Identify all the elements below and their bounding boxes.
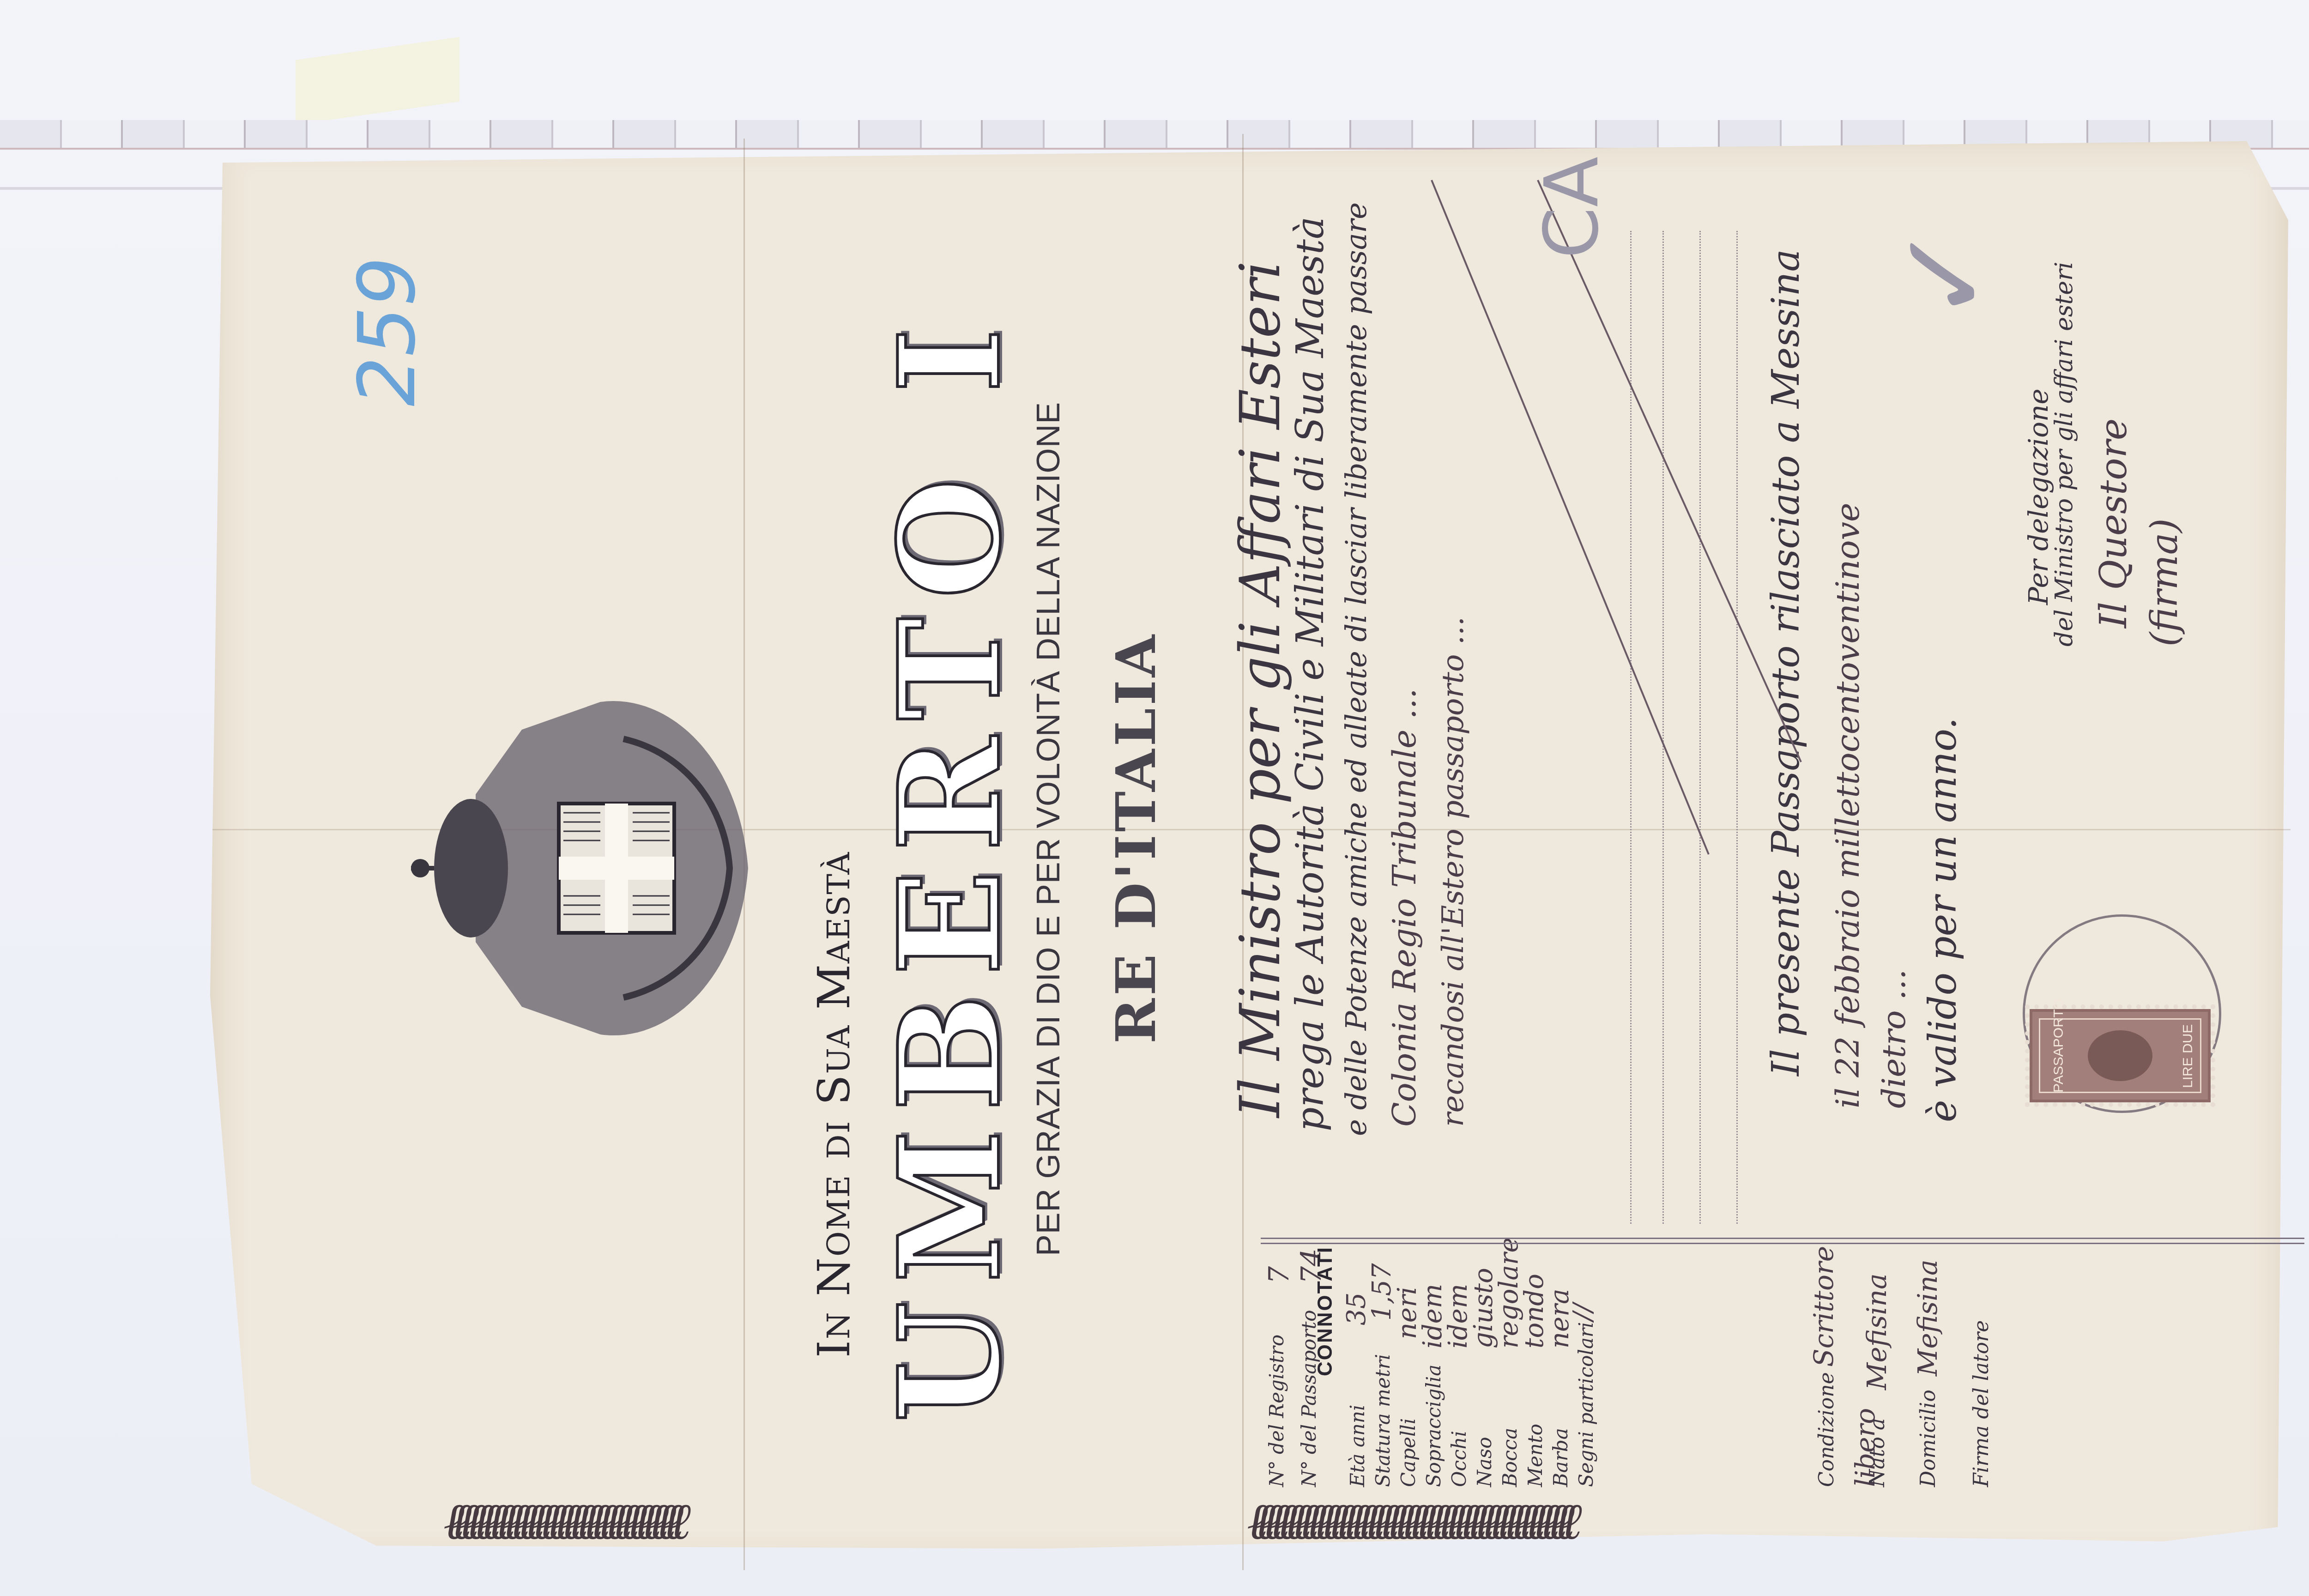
coat-of-arms-icon xyxy=(406,683,767,1053)
revenue-stamp: PASSAPORTO LIRE DUE xyxy=(2030,1009,2211,1102)
stamp-left-text: PASSAPORTO xyxy=(2051,999,2067,1093)
field-label-mento: Mento xyxy=(1524,1424,1547,1487)
field-label-firma: Firma del latore xyxy=(1970,1320,1993,1487)
field-label-occhi: Occhi xyxy=(1448,1431,1470,1487)
pencil-mark: CA xyxy=(1529,157,1615,259)
connotati-heading: CONNOTATI xyxy=(1314,1246,1337,1376)
signature-minister: del Ministro per gli affari esteri xyxy=(2050,262,2078,647)
field-label-condizione: Condizione xyxy=(1815,1372,1838,1487)
form-divider xyxy=(1261,1238,2304,1244)
decorative-flourish-border: ℓℓℓℓℓℓℓℓℓℓℓℓℓℓℓℓℓℓℓℓℓℓℓℓℓℓℓℓℓℓℓℓℓℓℓℓℓℓℓℓ… xyxy=(1247,1492,2286,1547)
field-value-domicilio: Mefisina xyxy=(1912,1259,1943,1376)
field-label-bocca: Bocca xyxy=(1499,1428,1521,1487)
field-label-barba: Barba xyxy=(1549,1428,1572,1487)
title-re-italia: RE D'ITALIA xyxy=(1104,632,1168,1044)
field-label-eta: Età anni xyxy=(1346,1405,1369,1487)
registro-value: 7 xyxy=(1263,1266,1295,1284)
decorative-flourish-border: ℓℓℓℓℓℓℓℓℓℓℓℓℓℓℓℓℓℓℓℓℓℓℓℓℓℓℓℓℓℓℓℓ xyxy=(443,1492,1210,1547)
body-line-minister: Il Ministro per gli Affari Esteri xyxy=(1228,261,1293,1118)
king-name: UMBERTO I xyxy=(868,310,1031,1422)
field-label-naso: Naso xyxy=(1473,1437,1496,1487)
archive-number: 259 xyxy=(342,257,433,406)
check-mark-icon: ✓ xyxy=(1875,223,2014,323)
field-label-domicilio: Domicilio xyxy=(1916,1390,1940,1487)
stamp-right-text: LIRE DUE xyxy=(2180,1024,2196,1088)
body-line-powers: e delle Potenze amiche ed alleate di las… xyxy=(1339,202,1373,1136)
field-label-nato: Nato a xyxy=(1866,1418,1889,1487)
grace-line: PER GRAZIA DI DIO E PER VOLONTÀ DELLA NA… xyxy=(1030,402,1067,1256)
field-value-nato: Mefisina xyxy=(1861,1273,1892,1390)
body-line-authorities: prega le Autorità Civili e Militari di S… xyxy=(1288,217,1332,1131)
issued-line-3: dietro ... xyxy=(1875,969,1913,1108)
field-label-capelli: Capelli xyxy=(1397,1418,1420,1487)
signature-delegation: Per delegazione xyxy=(2023,388,2054,605)
stamp-portrait xyxy=(2088,1030,2152,1081)
field-label-segni: Segni particolari xyxy=(1575,1322,1597,1487)
field-label-statura: Statura metri xyxy=(1372,1354,1394,1487)
registro-label: N° del Registro xyxy=(1265,1335,1288,1487)
field-label-sopracciglia: Sopracciglia xyxy=(1422,1365,1445,1487)
invocation-text: In Nome di Sua Maestà xyxy=(808,851,860,1358)
field-value-segni: // xyxy=(1568,1303,1598,1321)
field-value-condizione: Scrittore xyxy=(1808,1246,1839,1367)
signature-office: Il Questore xyxy=(2092,418,2135,628)
signature-name: (firma) xyxy=(2143,518,2186,647)
